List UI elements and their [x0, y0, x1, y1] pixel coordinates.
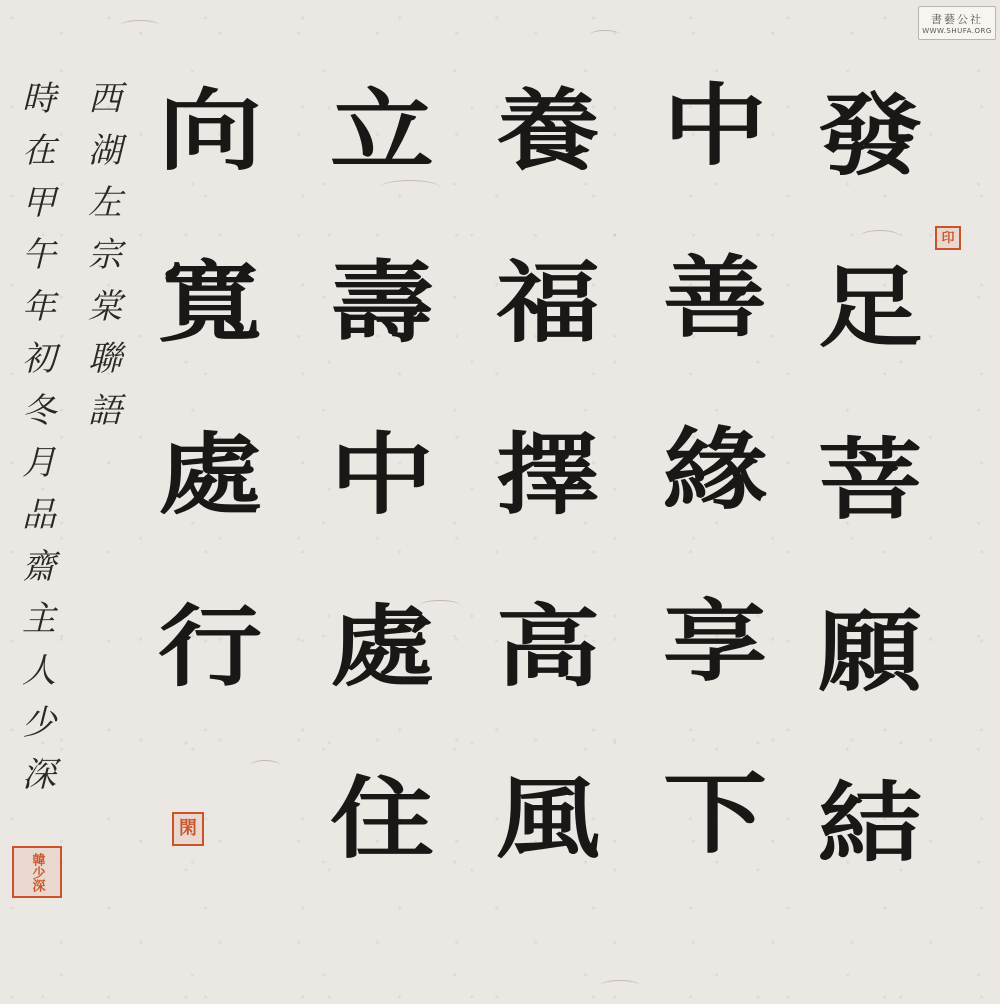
main-char: 中 [645, 53, 785, 199]
inscription-char: 午 [14, 238, 64, 290]
inscription-char: 左 [80, 186, 130, 238]
main-column-2: 中 善 緣 享 下 [645, 40, 785, 900]
watermark-badge: 書藝公社 WWW.SHUFA.ORG [918, 6, 996, 40]
main-char: 享 [645, 569, 785, 715]
inscription-char: 深 [14, 758, 64, 810]
main-char: 菩 [800, 407, 940, 553]
main-char: 處 [140, 402, 280, 548]
main-char: 處 [312, 574, 452, 720]
main-char: 住 [312, 746, 452, 892]
inscription-char: 聯 [80, 342, 130, 394]
main-char: 結 [800, 751, 940, 897]
main-char: 行 [140, 574, 280, 720]
paper-fiber [600, 980, 640, 991]
main-char: 緣 [645, 397, 785, 543]
main-char: 下 [645, 741, 785, 887]
inscription-char: 西 [80, 82, 130, 134]
inscription-char: 棠 [80, 290, 130, 342]
main-char: 壽 [312, 230, 452, 376]
inscription-char: 宗 [80, 238, 130, 290]
main-column-3: 養 福 擇 高 風 [478, 45, 618, 905]
inscription-column-1: 西 湖 左 宗 棠 聯 語 [80, 82, 130, 446]
main-char: 中 [312, 402, 452, 548]
main-char: 願 [800, 579, 940, 725]
main-char: 福 [478, 230, 618, 376]
seal-middle: 閑 [172, 812, 204, 846]
inscription-char: 語 [80, 394, 130, 446]
inscription-char: 甲 [14, 186, 64, 238]
main-char: 高 [478, 574, 618, 720]
inscription-char: 人 [14, 654, 64, 706]
seal-signature: 韓少深 [12, 846, 62, 898]
seal-top-right: 印 [935, 226, 961, 250]
inscription-char: 品 [14, 498, 64, 550]
inscription-char: 初 [14, 342, 64, 394]
paper-fiber [250, 760, 280, 771]
main-char: 立 [312, 58, 452, 204]
inscription-char: 冬 [14, 394, 64, 446]
inscription-char: 在 [14, 134, 64, 186]
main-char: 發 [800, 63, 940, 209]
inscription-char: 齋 [14, 550, 64, 602]
inscription-char: 年 [14, 290, 64, 342]
main-char: 寬 [140, 230, 280, 376]
inscription-char: 時 [14, 82, 64, 134]
main-char: 足 [800, 235, 940, 381]
main-column-4: 立 壽 中 處 住 [312, 45, 452, 905]
inscription-char: 湖 [80, 134, 130, 186]
main-column-1: 發 足 菩 願 結 [800, 50, 940, 910]
inscription-char: 少 [14, 706, 64, 758]
main-char: 養 [478, 58, 618, 204]
main-char: 善 [645, 225, 785, 371]
inscription-char: 月 [14, 446, 64, 498]
watermark-title: 書藝公社 [931, 11, 983, 27]
paper-fiber [590, 30, 620, 39]
paper-fiber [120, 20, 160, 31]
main-char: 擇 [478, 402, 618, 548]
main-column-5: 向 寬 處 行 [140, 45, 280, 733]
inscription-char: 主 [14, 602, 64, 654]
main-char: 向 [140, 58, 280, 204]
watermark-url: WWW.SHUFA.ORG [922, 27, 992, 35]
inscription-column-2: 時 在 甲 午 年 初 冬 月 品 齋 主 人 少 深 [14, 82, 64, 810]
main-char: 風 [478, 746, 618, 892]
